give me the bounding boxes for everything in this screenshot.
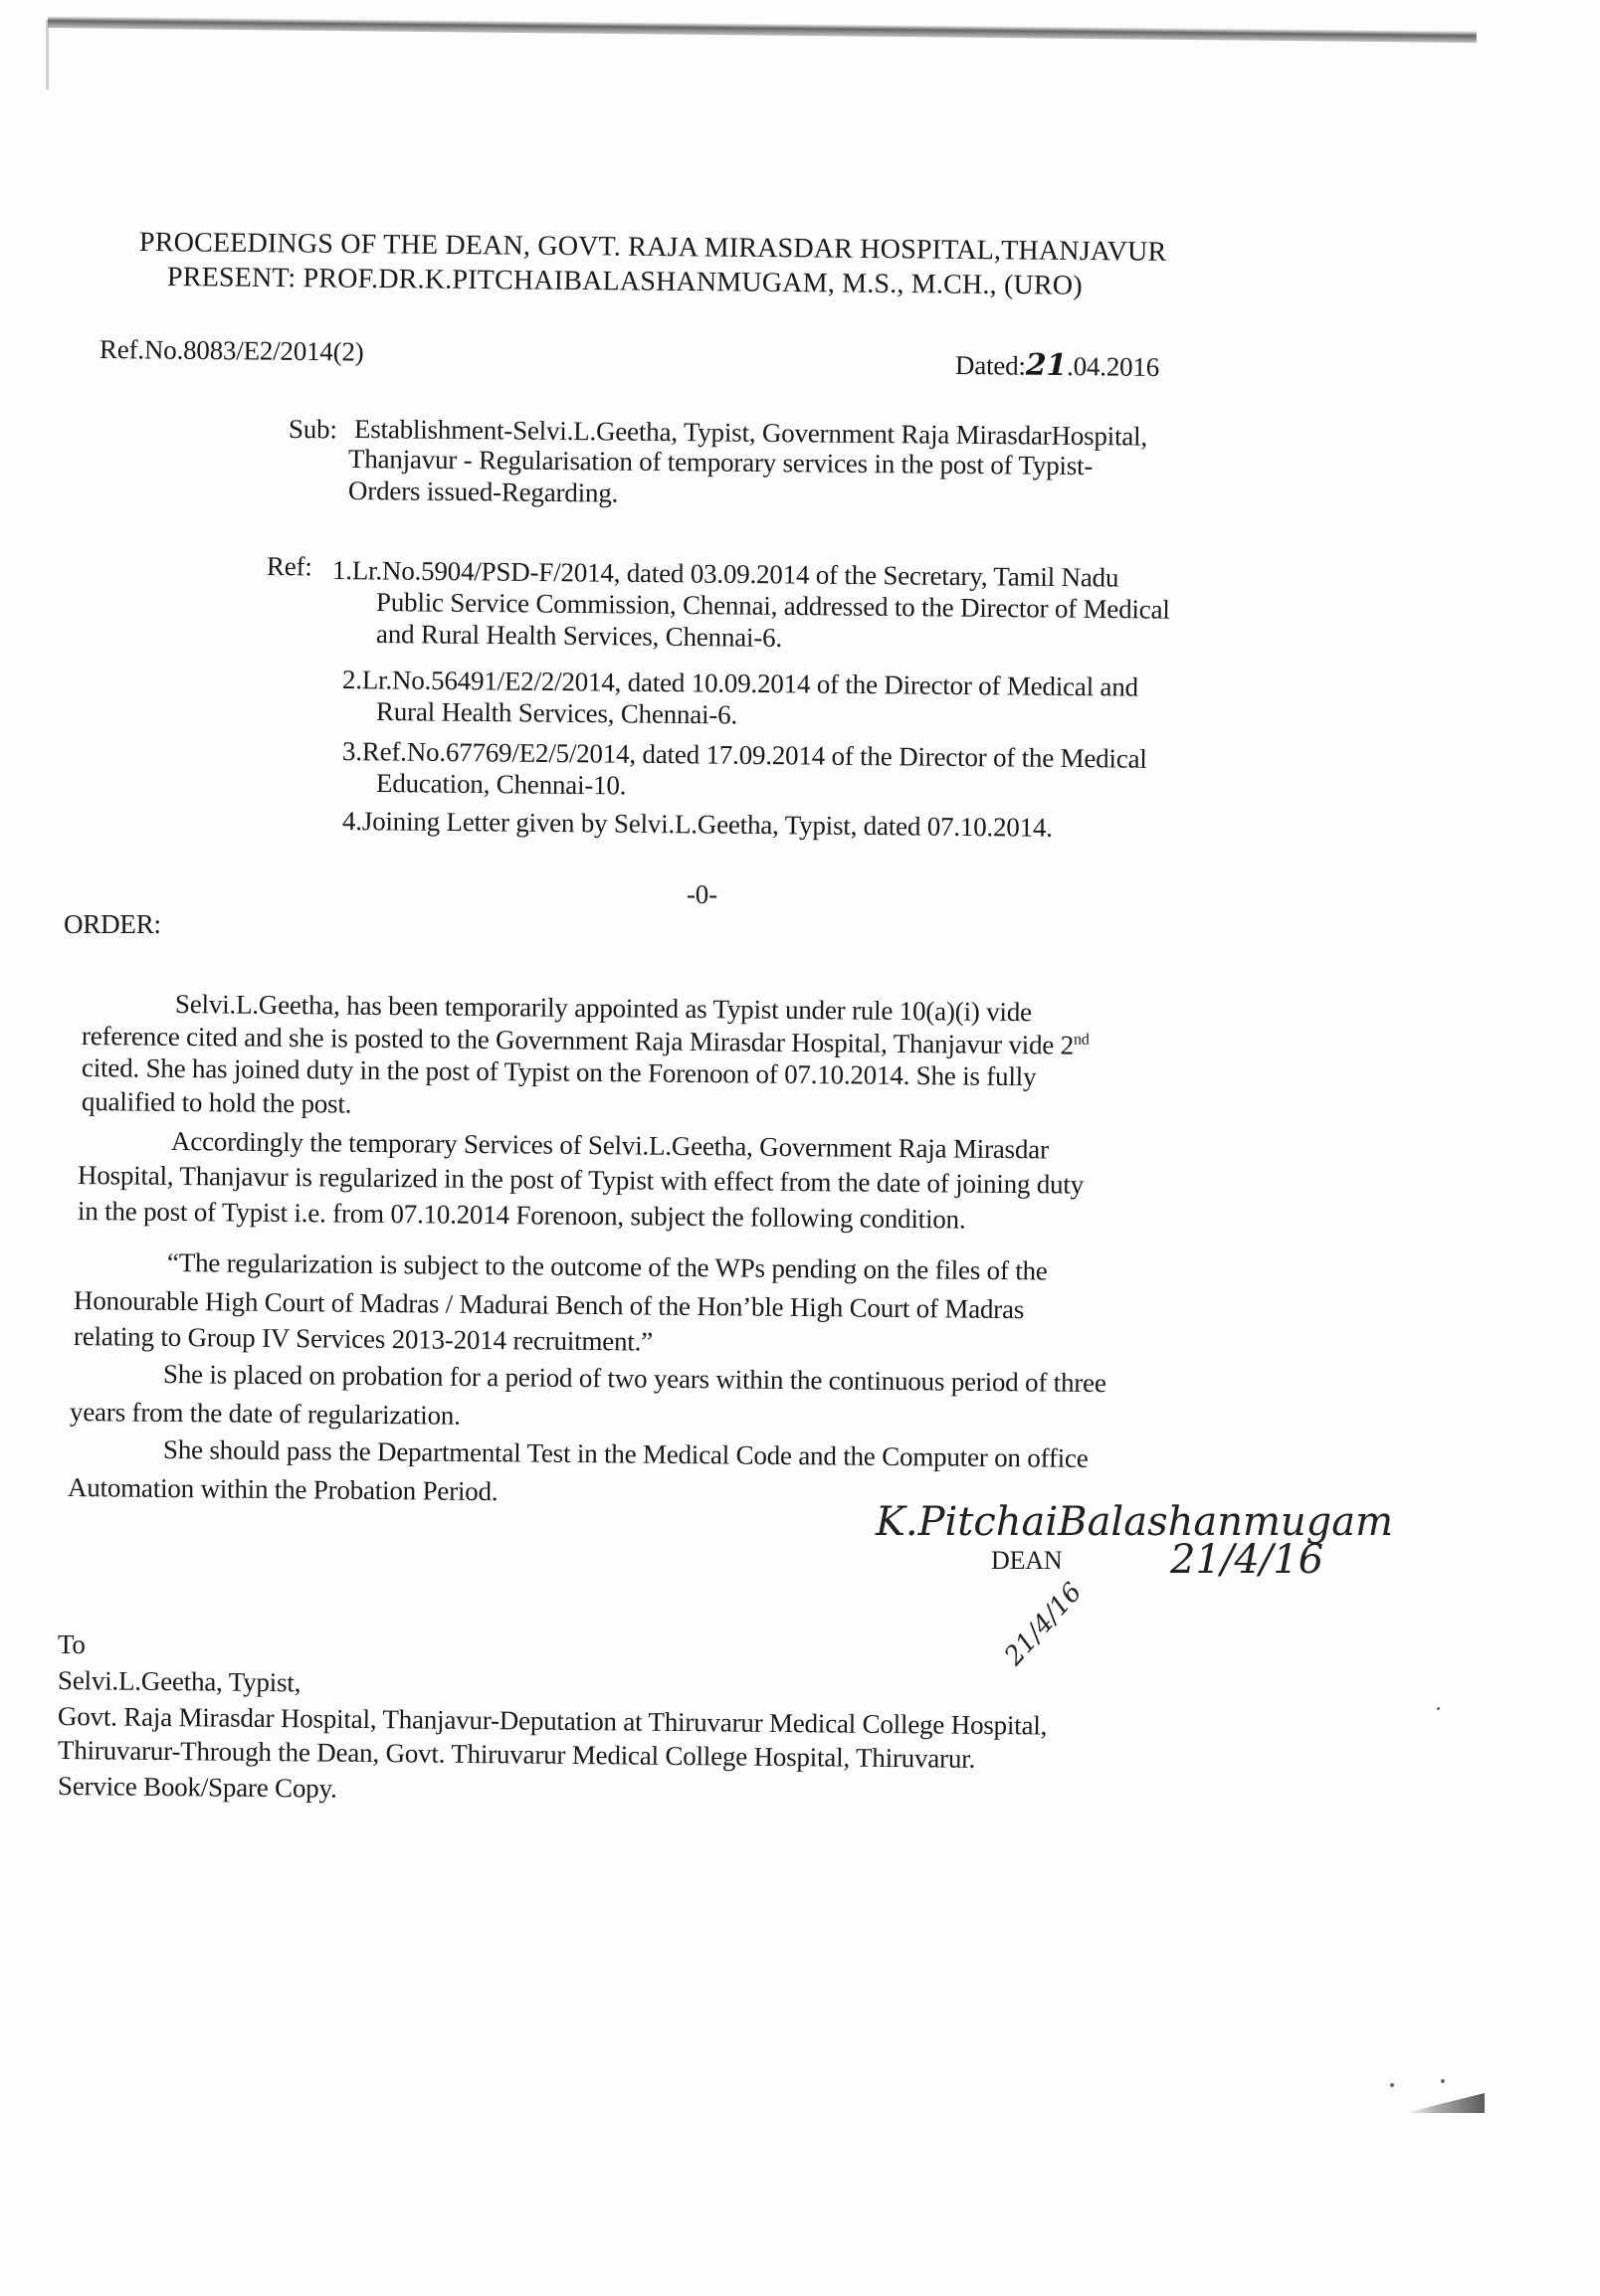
superscript-nd: nd: [1074, 1032, 1090, 1049]
order-para4-line2: years from the date of regularization.: [70, 1399, 461, 1430]
subject-label: Sub:: [289, 416, 337, 443]
order-para3-line1: “The regularization is subject to the ou…: [167, 1249, 1048, 1284]
order-para2-line3: in the post of Typist i.e. from 07.10.20…: [78, 1198, 966, 1234]
dated-label: Dated:: [955, 350, 1026, 381]
address-line-2: Govt. Raja Mirasdar Hospital, Thanjavur-…: [58, 1703, 1047, 1740]
order-para3-line3: relating to Group IV Services 2013-2014 …: [74, 1323, 653, 1356]
order-para4-line1: She is placed on probation for a period …: [163, 1361, 1106, 1397]
order-para5-line1: She should pass the Departmental Test in…: [163, 1436, 1089, 1472]
address-line-3: Thiruvarur-Through the Dean, Govt. Thiru…: [58, 1737, 975, 1773]
reference-number: Ref.No.8083/E2/2014(2): [100, 336, 364, 366]
reference-item-1-cont-2: and Rural Health Services, Chennai-6.: [376, 621, 782, 652]
order-para2-line1: Accordingly the temporary Services of Se…: [171, 1128, 1049, 1163]
reference-item-3-cont-1: Education, Chennai-10.: [376, 770, 627, 799]
reference-item-2-cont-1: Rural Health Services, Chennai-6.: [376, 698, 737, 728]
scan-edge-shadow-left: [46, 20, 49, 90]
order-para2-line2: Hospital, Thanjavur is regularized in th…: [78, 1162, 1084, 1199]
reference-item-1: 1.Lr.No.5904/PSD-F/2014, dated 03.09.201…: [332, 557, 1118, 592]
order-para1-line4: qualified to hold the post.: [82, 1088, 352, 1118]
subject-line-3: Orders issued-Regarding.: [348, 478, 618, 507]
dean-signature: K.PitchaiBalashanmugam: [876, 1502, 1393, 1542]
section-separator: -0-: [687, 881, 717, 908]
order-para1-line3: cited. She has joined duty in the post o…: [82, 1054, 1037, 1090]
to-label: To: [58, 1631, 86, 1658]
header-title: PROCEEDINGS OF THE DEAN, GOVT. RAJA MIRA…: [139, 229, 1167, 267]
scan-speck: [1390, 2083, 1394, 2087]
reference-item-1-cont-1: Public Service Commission, Chennai, addr…: [376, 589, 1170, 624]
reference-item-3: 3.Ref.No.67769/E2/5/2014, dated 17.09.20…: [342, 738, 1147, 773]
address-line-1: Selvi.L.Geetha, Typist,: [58, 1667, 300, 1696]
dated-line: Dated:21.04.2016: [955, 350, 1159, 382]
order-label: ORDER:: [64, 911, 161, 938]
scan-speck: [1441, 2079, 1445, 2083]
initials-stamp: 21/4/16: [999, 1578, 1088, 1672]
signature-date: 21/4/16: [1170, 1540, 1323, 1580]
order-para1-line1: Selvi.L.Geetha, has been temporarily app…: [175, 991, 1032, 1026]
reference-item-2: 2.Lr.No.56491/E2/2/2014, dated 10.09.201…: [342, 667, 1138, 701]
reference-item-4: 4.Joining Letter given by Selvi.L.Geetha…: [342, 808, 1053, 842]
scan-speck: [1437, 1707, 1440, 1710]
scan-edge-shadow: [48, 16, 1477, 43]
scanned-document-page: PROCEEDINGS OF THE DEAN, GOVT. RAJA MIRA…: [0, 0, 1600, 2296]
header-present: PRESENT: PROF.DR.K.PITCHAIBALASHANMUGAM,…: [167, 264, 1083, 300]
dated-rest: .04.2016: [1067, 351, 1159, 382]
subject-line-2: Thanjavur - Regularisation of temporary …: [348, 446, 1093, 479]
scan-smudge: [1405, 2093, 1485, 2113]
references-label: Ref:: [267, 553, 312, 580]
order-para5-line2: Automation within the Probation Period.: [68, 1474, 499, 1505]
dated-day-handwritten: 21: [1026, 348, 1068, 383]
order-para3-line2: Honourable High Court of Madras / Madura…: [74, 1287, 1024, 1323]
address-line-4: Service Book/Spare Copy.: [58, 1773, 337, 1803]
signature-title: DEAN: [991, 1548, 1062, 1574]
